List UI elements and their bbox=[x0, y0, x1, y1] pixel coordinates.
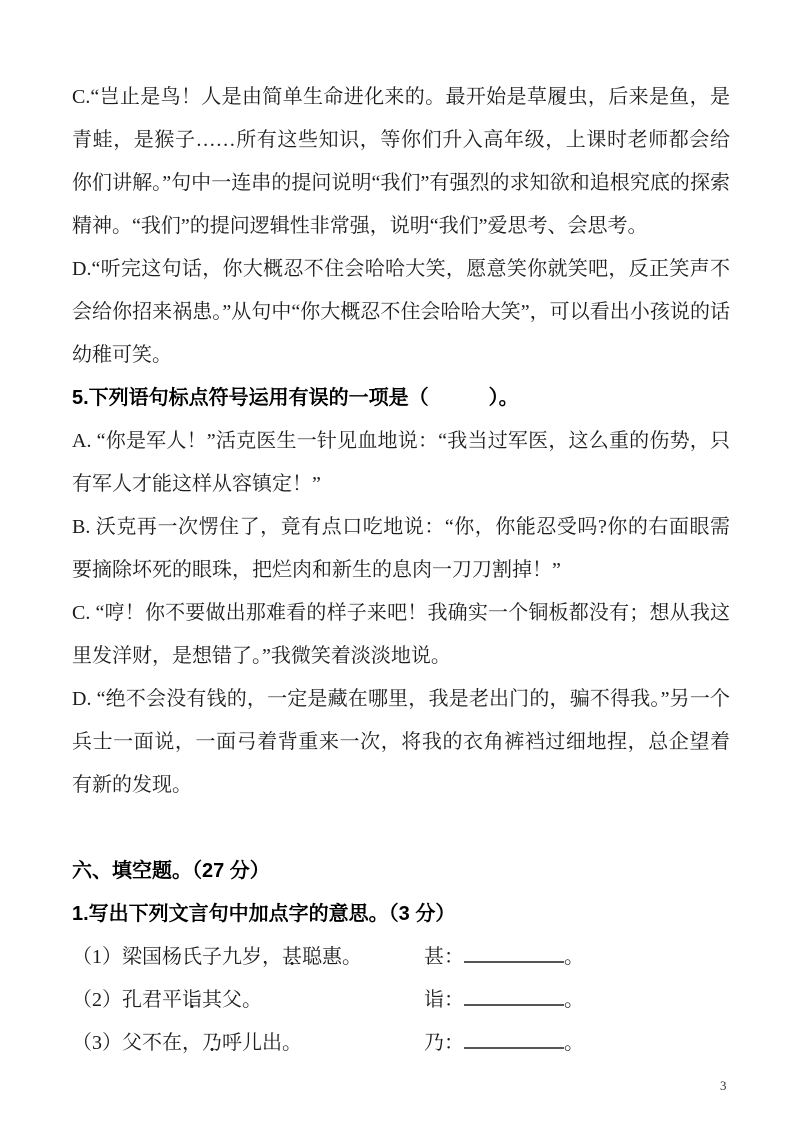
answer-term: 乃： bbox=[424, 1032, 464, 1054]
fill-item-3-sentence: （3）父不在，乃呼儿出。 bbox=[72, 1032, 302, 1054]
fill-item-1-sentence: （1）梁国杨氏子九岁，甚聪惠。 bbox=[72, 946, 362, 968]
question4-option-c: C.“岂止是鸟！人是由简单生命进化来的。最开始是草履虫，后来是鱼，是青蛙，是猴子… bbox=[72, 76, 730, 248]
answer-term: 诣： bbox=[424, 989, 464, 1011]
question5-option-c: C. “哼！你不要做出那难看的样子来吧！我确实一个铜板都没有；想从我这里发洋财，… bbox=[72, 592, 730, 678]
fill-item-2: （2）孔君平诣其父。 诣：。 bbox=[72, 979, 730, 1022]
dotted-char: 甚 bbox=[282, 936, 302, 979]
dotted-char: 乃 bbox=[202, 1022, 222, 1065]
sentence-pre: （2）孔君平 bbox=[72, 989, 182, 1011]
fill-item-1-answer: 甚：。 bbox=[424, 936, 584, 979]
answer-blank bbox=[464, 989, 564, 1006]
answer-period: 。 bbox=[564, 1032, 584, 1054]
sentence-post: 其父。 bbox=[202, 989, 262, 1011]
answer-period: 。 bbox=[564, 989, 584, 1011]
question4-option-d: D.“听完这句话，你大概忍不住会哈哈大笑，愿意笑你就笑吧，反正笑声不会给你招来祸… bbox=[72, 248, 730, 377]
sentence-pre: （3）父不在， bbox=[72, 1032, 202, 1054]
question5-heading: 5.下列语句标点符号运用有误的一项是（ ）。 bbox=[72, 377, 730, 420]
dotted-char: 诣 bbox=[182, 979, 202, 1022]
section6-sub1-heading: 1.写出下列文言句中加点字的意思。（3 分） bbox=[72, 893, 730, 936]
sentence-post: 聪惠。 bbox=[302, 946, 362, 968]
fill-item-2-sentence: （2）孔君平诣其父。 bbox=[72, 989, 262, 1011]
question5-option-d: D. “绝不会没有钱的，一定是藏在哪里，我是老出门的，骗不得我。”另一个兵士一面… bbox=[72, 678, 730, 807]
question5-option-a: A. “你是军人！”活克医生一针见血地说：“我当过军医，这么重的伤势，只有军人才… bbox=[72, 420, 730, 506]
answer-term: 甚： bbox=[424, 946, 464, 968]
fill-item-3-answer: 乃：。 bbox=[424, 1022, 584, 1065]
answer-period: 。 bbox=[564, 946, 584, 968]
fill-item-3: （3）父不在，乃呼儿出。 乃：。 bbox=[72, 1022, 730, 1065]
sentence-post: 呼儿出。 bbox=[222, 1032, 302, 1054]
page-content: C.“岂止是鸟！人是由简单生命进化来的。最开始是草履虫，后来是鱼，是青蛙，是猴子… bbox=[72, 76, 730, 1065]
answer-blank bbox=[464, 946, 564, 963]
blank-line bbox=[72, 807, 730, 850]
sentence-pre: （1）梁国杨氏子九岁， bbox=[72, 946, 282, 968]
document-page: C.“岂止是鸟！人是由简单生命进化来的。最开始是草履虫，后来是鱼，是青蛙，是猴子… bbox=[0, 0, 793, 1122]
page-number: 3 bbox=[720, 1078, 727, 1094]
section6-heading: 六、填空题。（27 分） bbox=[72, 850, 730, 893]
fill-item-2-answer: 诣：。 bbox=[424, 979, 584, 1022]
fill-item-1: （1）梁国杨氏子九岁，甚聪惠。 甚：。 bbox=[72, 936, 730, 979]
question5-option-b: B. 沃克再一次愣住了，竟有点口吃地说：“你，你能忍受吗?你的右面眼需要摘除坏死… bbox=[72, 506, 730, 592]
answer-blank bbox=[464, 1032, 564, 1049]
